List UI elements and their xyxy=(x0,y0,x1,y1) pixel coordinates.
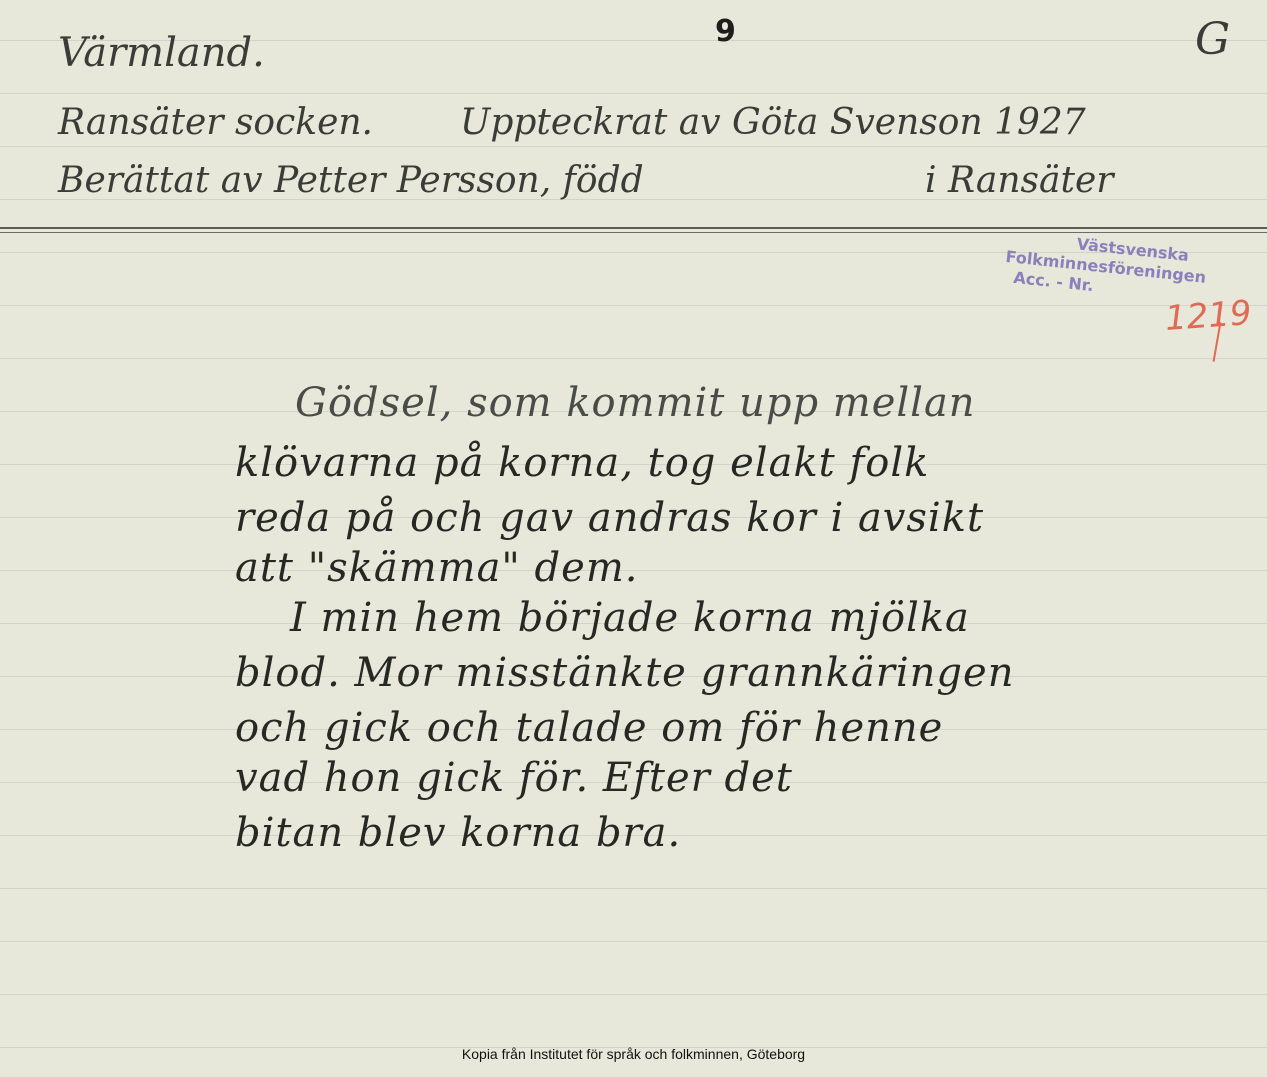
body-line-5: I min hem började korna mjölka xyxy=(290,595,970,641)
header-divider-rule xyxy=(0,227,1267,229)
accession-number: 1219 xyxy=(1164,293,1253,339)
archive-copy-footer: Kopia från Institutet för språk och folk… xyxy=(0,1046,1267,1062)
body-line-9: bitan blev korna bra. xyxy=(235,810,681,856)
header-born-in: i Ransäter xyxy=(925,160,1113,201)
body-line-3: reda på och gav andras kor i avsikt xyxy=(235,495,984,541)
body-line-1: Gödsel, som kommit upp mellan xyxy=(295,380,976,426)
corner-archive-mark: G xyxy=(1195,14,1230,65)
header-parish: Ransäter socken. xyxy=(58,102,373,143)
body-line-7: och gick och talade om för henne xyxy=(235,705,943,751)
header-divider-rule-second xyxy=(0,232,1267,233)
archive-stamp: Västsvenska Folkminnesföreningen Acc. - … xyxy=(1052,232,1209,307)
header-told-by: Berättat av Petter Persson, född xyxy=(58,160,644,201)
scanned-document-page: Värmland. 9 G Ransäter socken. Uppteckra… xyxy=(0,0,1267,1077)
header-province: Värmland. xyxy=(58,30,265,76)
body-line-4: att "skämma" dem. xyxy=(235,545,638,591)
body-line-2: klövarna på korna, tog elakt folk xyxy=(235,440,929,486)
body-line-6: blod. Mor misstänkte grannkäringen xyxy=(235,650,1014,696)
body-line-8: vad hon gick för. Efter det xyxy=(235,755,793,801)
header-recorded-by: Uppteckrat av Göta Svenson 1927 xyxy=(460,102,1086,143)
page-number: 9 xyxy=(715,14,736,49)
